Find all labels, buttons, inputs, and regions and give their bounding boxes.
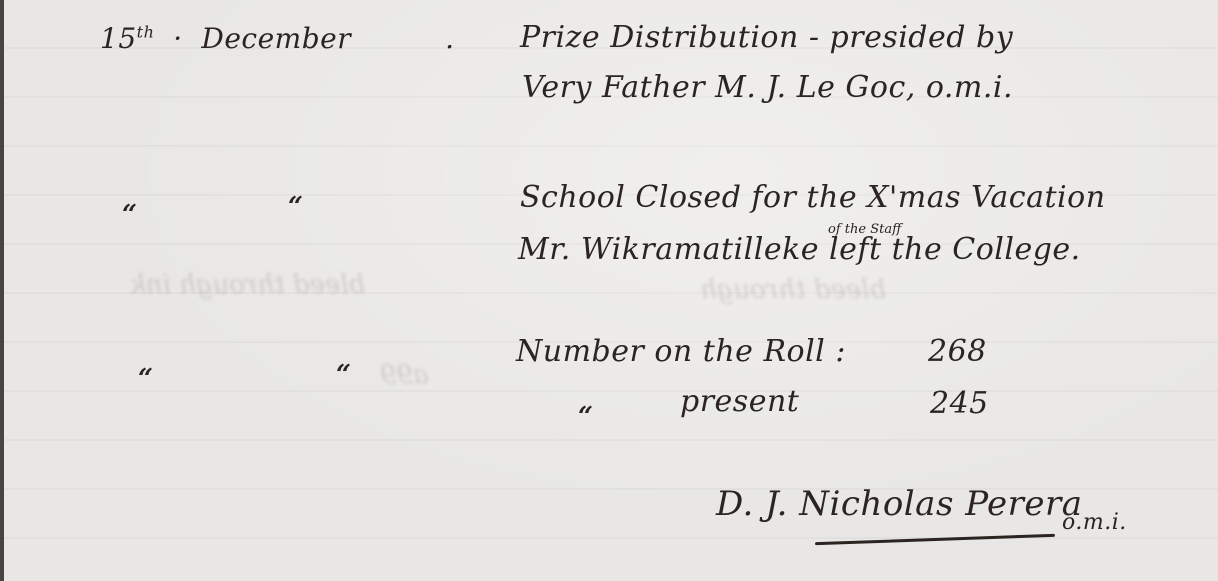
signature-underline [815, 534, 1055, 545]
bleed-through-text: a99 [380, 360, 429, 390]
date-suffix: th [137, 23, 155, 42]
date-separator-dot: · [173, 22, 182, 55]
present-value: 245 [930, 386, 989, 421]
signature-suffix: o.m.i. [1062, 510, 1127, 535]
entry-date: 15th · December . [100, 22, 455, 55]
roll-value: 268 [928, 334, 987, 369]
ditto-mark-day: “ [138, 364, 153, 394]
page-binding-edge [0, 0, 4, 581]
roll-label: Number on the Roll : [516, 334, 846, 369]
present-ditto-mark: “ [578, 402, 593, 432]
date-month: December [201, 22, 351, 55]
entry-1-line-1: Prize Distribution - presided by [520, 20, 1013, 55]
signature: D. J. Nicholas Perera [716, 484, 1083, 524]
logbook-page: bleed through ink bleed through a99 15th… [0, 0, 1218, 581]
bleed-through-text: bleed through [700, 275, 886, 305]
entry-2-line-2: Mr. Wikramatilleke left the College. [518, 232, 1081, 267]
entry-2-line-1: School Closed for the X'mas Vacation [520, 180, 1106, 215]
ditto-mark-month: “ [336, 360, 351, 390]
present-label: present [680, 384, 799, 419]
entry-1-line-2: Very Father M. J. Le Goc, o.m.i. [522, 70, 1013, 105]
bleed-through-text: bleed through ink [130, 270, 365, 300]
ditto-mark-month: “ [288, 192, 303, 222]
date-end-dot: . [445, 22, 454, 55]
ditto-mark-day: “ [122, 200, 137, 230]
date-day: 15 [100, 22, 137, 55]
